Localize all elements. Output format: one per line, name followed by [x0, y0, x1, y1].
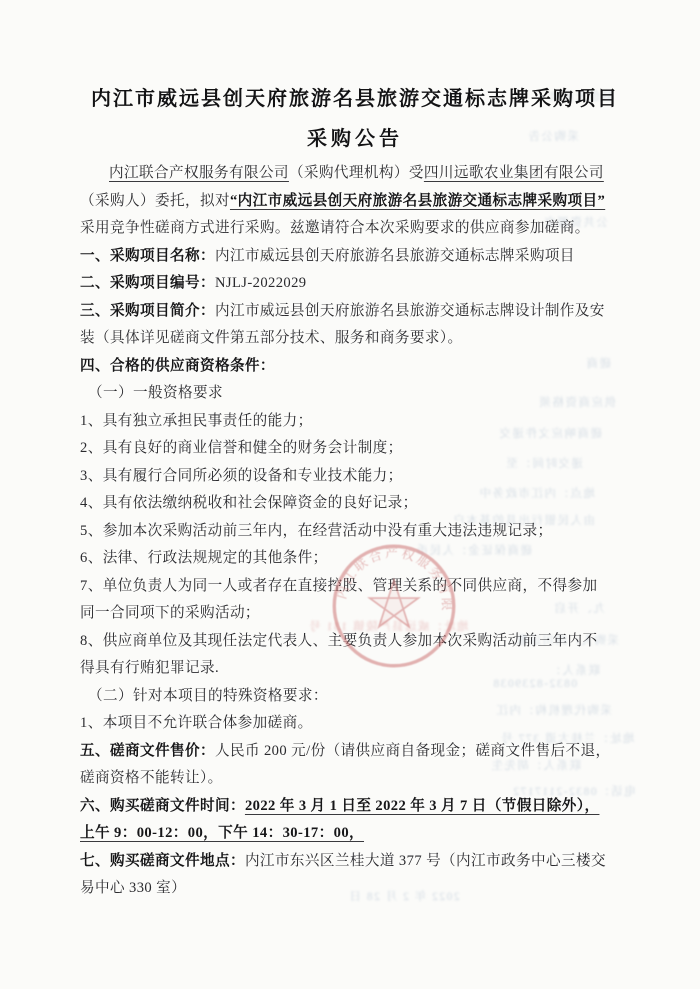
text-segment: （二）针对本项目的特殊资格要求：: [88, 688, 328, 704]
text-segment: 磋商资格不能转让）。: [80, 770, 223, 786]
text-segment: 五、磋商文件售价：: [80, 743, 215, 759]
text-line: 6、法律、行政法规规定的其他条件；: [80, 545, 630, 573]
text-segment: 四、合格的供应商资格条件：: [80, 358, 275, 374]
text-segment: 四川远歌农业集团有限公司: [424, 165, 604, 181]
text-segment: “内江市威远县创天府旅游名县旅游交通标志牌采购项目”: [230, 193, 605, 209]
document-title-line-1: 内江市威远县创天府旅游名县旅游交通标志牌采购项目: [80, 86, 630, 112]
document-title-line-2: 采购公告: [80, 126, 630, 152]
text-line: 四、合格的供应商资格条件：: [80, 353, 630, 381]
text-segment: 易中心 330 室）: [80, 880, 186, 896]
text-segment: （采购人）委托，拟对: [80, 193, 230, 209]
text-line: 六、购买磋商文件时间：2022 年 3 月 1 日至 2022 年 3 月 7 …: [80, 793, 630, 821]
text-line: 2、具有良好的商业信誉和健全的财务会计制度；: [80, 435, 630, 463]
text-segment: 内江市东兴区兰桂大道 377 号（内江市政务中心三楼交: [245, 853, 606, 869]
text-segment: 同一合同项下的采购活动；: [80, 605, 260, 621]
text-line: （二）针对本项目的特殊资格要求：: [80, 683, 630, 711]
text-line: 同一合同项下的采购活动；: [80, 600, 630, 628]
text-line: 4、具有依法缴纳税收和社会保障资金的良好记录；: [80, 490, 630, 518]
text-line: 一、采购项目名称：内江市威远县创天府旅游名县旅游交通标志牌采购项目: [80, 243, 630, 271]
text-line: 1、具有独立承担民事责任的能力；: [80, 408, 630, 436]
text-segment: 1、具有独立承担民事责任的能力；: [80, 413, 313, 429]
text-line: 1、本项目不允许联合体参加磋商。: [80, 710, 630, 738]
document-body: 内江联合产权服务有限公司（采购代理机构）受四川远歌农业集团有限公司（采购人）委托…: [80, 160, 630, 903]
text-segment: 一、采购项目名称：: [80, 248, 215, 264]
text-segment: 3、具有履行合同所必须的设备和专业技术能力；: [80, 468, 403, 484]
text-segment: （采购代理机构）受: [289, 165, 424, 181]
text-segment: 上午 9：00-12：00，下午 14：30-17：00，: [80, 825, 364, 841]
text-segment: 6、法律、行政法规规定的其他条件；: [80, 550, 328, 566]
text-line: 三、采购项目简介：内江市威远县创天府旅游名县旅游交通标志牌设计制作及安: [80, 298, 630, 326]
text-line: 上午 9：00-12：00，下午 14：30-17：00，: [80, 820, 630, 848]
text-line: （采购人）委托，拟对“内江市威远县创天府旅游名县旅游交通标志牌采购项目”: [80, 188, 630, 216]
text-segment: 5、参加本次采购活动前三年内，在经营活动中没有重大违法违规记录；: [80, 523, 553, 539]
text-line: 7、单位负责人为同一人或者存在直接控股、管理关系的不同供应商，不得参加: [80, 573, 630, 601]
text-line: （一）一般资格要求: [80, 380, 630, 408]
text-segment: 六、购买磋商文件时间：: [80, 798, 245, 814]
text-segment: 4、具有依法缴纳税收和社会保障资金的良好记录；: [80, 495, 418, 511]
text-line: 磋商资格不能转让）。: [80, 765, 630, 793]
text-segment: （一）一般资格要求: [88, 385, 223, 401]
text-segment: 三、采购项目简介：: [80, 303, 215, 319]
text-line: 装（具体详见磋商文件第五部分技术、服务和商务要求）。: [80, 325, 630, 353]
text-segment: 采用竞争性磋商方式进行采购。兹邀请符合本次采购要求的供应商参加磋商。: [80, 220, 590, 236]
text-segment: 七、购买磋商文件地点：: [80, 853, 245, 869]
text-segment: NJLJ-2022029: [215, 275, 307, 291]
text-line: 采用竞争性磋商方式进行采购。兹邀请符合本次采购要求的供应商参加磋商。: [80, 215, 630, 243]
text-segment: 内江市威远县创天府旅游名县旅游交通标志牌采购项目: [215, 248, 575, 264]
text-segment: 8、供应商单位及其现任法定代表人、主要负责人参加本次采购活动前三年内不: [80, 633, 598, 649]
text-segment: 人民币 200 元/份（请供应商自备现金；磋商文件售后不退，: [215, 743, 611, 759]
document-page: 县创天府旅采购公告公共资源交磋商供应商资格须磋商响应文件递交递交时间：至地点：内…: [0, 0, 700, 989]
text-segment: 2、具有良好的商业信誉和健全的财务会计制度；: [80, 440, 403, 456]
text-segment: 1、本项目不允许联合体参加磋商。: [80, 715, 313, 731]
text-segment: 内江联合产权服务有限公司: [109, 165, 289, 181]
text-line: 内江联合产权服务有限公司（采购代理机构）受四川远歌农业集团有限公司: [80, 160, 630, 188]
text-line: 七、购买磋商文件地点：内江市东兴区兰桂大道 377 号（内江市政务中心三楼交: [80, 848, 630, 876]
text-segment: 装（具体详见磋商文件第五部分技术、服务和商务要求）。: [80, 330, 463, 346]
text-segment: 得具有行贿犯罪记录.: [80, 660, 219, 676]
text-line: 易中心 330 室）: [80, 875, 630, 903]
text-line: 3、具有履行合同所必须的设备和专业技术能力；: [80, 463, 630, 491]
text-line: 得具有行贿犯罪记录.: [80, 655, 630, 683]
text-line: 五、磋商文件售价：人民币 200 元/份（请供应商自备现金；磋商文件售后不退，: [80, 738, 630, 766]
text-line: 5、参加本次采购活动前三年内，在经营活动中没有重大违法违规记录；: [80, 518, 630, 546]
text-line: 8、供应商单位及其现任法定代表人、主要负责人参加本次采购活动前三年内不: [80, 628, 630, 656]
text-segment: 内江市威远县创天府旅游名县旅游交通标志牌设计制作及安: [215, 303, 605, 319]
document-content: 内江市威远县创天府旅游名县旅游交通标志牌采购项目 采购公告 内江联合产权服务有限…: [0, 0, 700, 903]
text-line: 二、采购项目编号：NJLJ-2022029: [80, 270, 630, 298]
text-segment: 二、采购项目编号：: [80, 275, 215, 291]
text-segment: 7、单位负责人为同一人或者存在直接控股、管理关系的不同供应商，不得参加: [80, 578, 598, 594]
text-segment: 2022 年 3 月 1 日至 2022 年 3 月 7 日（节假日除外），: [245, 798, 600, 814]
